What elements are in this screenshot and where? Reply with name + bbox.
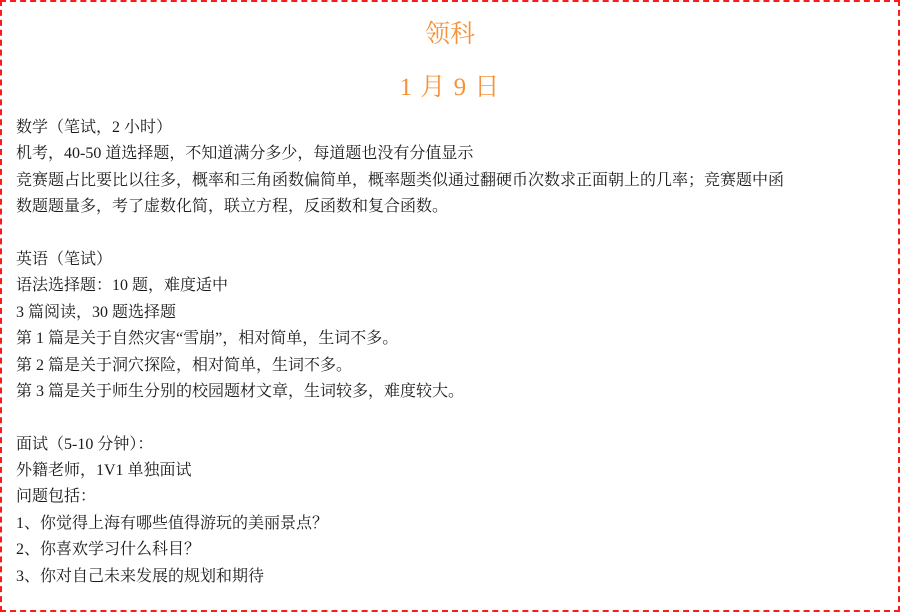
english-line: 3 篇阅读，30 题选择题 xyxy=(16,300,892,326)
document-date: 1 月 9 日 xyxy=(0,73,900,103)
section-heading-math: 数学（笔试，2 小时） xyxy=(16,115,892,141)
section-english: 英语（笔试） 语法选择题：10 题，难度适中 3 篇阅读，30 题选择题 第 1… xyxy=(16,247,892,405)
document-title: 领科 xyxy=(0,20,900,50)
interview-question: 3、你对自己未来发展的规划和期待 xyxy=(16,564,892,590)
english-line: 第 3 篇是关于师生分别的校园题材文章，生词较多，难度较大。 xyxy=(16,379,892,405)
section-interview: 面试（5-10 分钟）： 外籍老师，1V1 单独面试 问题包括： 1、你觉得上海… xyxy=(16,432,892,590)
english-line: 语法选择题：10 题，难度适中 xyxy=(16,273,892,299)
section-heading-english: 英语（笔试） xyxy=(16,247,892,273)
section-math: 数学（笔试，2 小时） 机考，40-50 道选择题，不知道满分多少，每道题也没有… xyxy=(16,115,892,221)
document-body: 数学（笔试，2 小时） 机考，40-50 道选择题，不知道满分多少，每道题也没有… xyxy=(16,115,892,590)
english-line: 第 2 篇是关于洞穴探险，相对简单，生词不多。 xyxy=(16,353,892,379)
english-line: 第 1 篇是关于自然灾害“雪崩”，相对简单，生词不多。 xyxy=(16,326,892,352)
interview-question: 1、你觉得上海有哪些值得游玩的美丽景点？ xyxy=(16,511,892,537)
interview-question: 2、你喜欢学习什么科目？ xyxy=(16,537,892,563)
math-line: 数题题量多，考了虚数化简，联立方程，反函数和复合函数。 xyxy=(16,194,892,220)
math-line: 机考，40-50 道选择题，不知道满分多少，每道题也没有分值显示 xyxy=(16,141,892,167)
interview-line: 问题包括： xyxy=(16,484,892,510)
math-line: 竞赛题占比要比以往多，概率和三角函数偏简单，概率题类似通过翻硬币次数求正面朝上的… xyxy=(16,168,892,194)
interview-line: 外籍老师，1V1 单独面试 xyxy=(16,458,892,484)
section-heading-interview: 面试（5-10 分钟）： xyxy=(16,432,892,458)
spacer xyxy=(16,221,892,247)
spacer xyxy=(16,405,892,431)
